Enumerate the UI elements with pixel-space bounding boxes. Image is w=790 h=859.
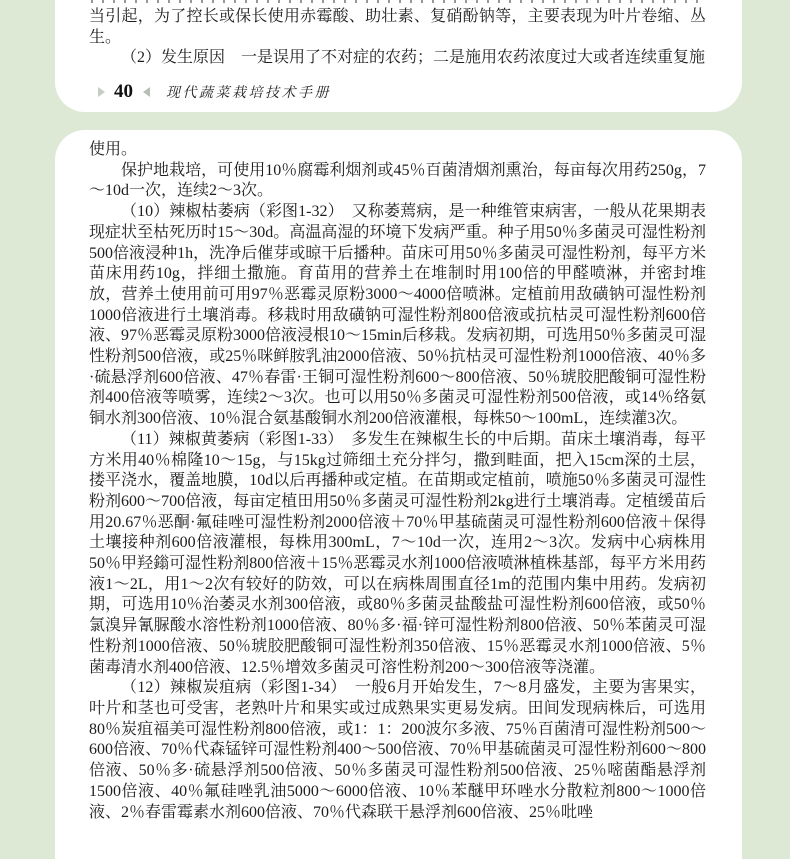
main-text-block: 使用。 保护地栽培，可使用10％腐霉利烟剂或45％百菌清烟剂熏治，每亩每次用药2… — [55, 130, 742, 823]
clipped-text-line — [91, 0, 704, 3]
paragraph: 当引起，为了控长或保长使用赤霉酸、助壮素、复硝酚钠等，主要表现为叶片卷缩、丛生。 — [89, 7, 706, 48]
book-page: { "header": { "page_number": "40", "book… — [0, 0, 790, 859]
page-number: 40 — [114, 81, 133, 103]
paragraph: （11）辣椒黄萎病（彩图1-33） 多发生在辣椒生长的中后期。苗床土壤消毒，每平… — [89, 430, 706, 678]
page-top-card: 当引起，为了控长或保长使用赤霉酸、助壮素、复硝酚钠等，主要表现为叶片卷缩、丛生。… — [55, 0, 742, 112]
triangle-left-icon — [143, 87, 150, 97]
paragraph: 保护地栽培，可使用10％腐霉利烟剂或45％百菌清烟剂熏治，每亩每次用药250g，… — [89, 161, 706, 202]
paragraph: 使用。 — [89, 140, 706, 161]
paragraph: （2）发生原因 一是误用了不对症的农药；二是施用农药浓度过大或者连续重复施 — [89, 48, 706, 69]
paragraph: （10）辣椒枯萎病（彩图1-32） 又称萎蔫病，是一种维管束病害，一般从花果期表… — [89, 202, 706, 430]
paragraph: （12）辣椒炭疽病（彩图1-34） 一般6月开始发生，7～8月盛发，主要为害果实… — [89, 678, 706, 823]
top-text-block: 当引起，为了控长或保长使用赤霉酸、助壮素、复硝酚钠等，主要表现为叶片卷缩、丛生。… — [55, 7, 742, 69]
triangle-right-icon — [98, 87, 105, 97]
page-main-card: 使用。 保护地栽培，可使用10％腐霉利烟剂或45％百菌清烟剂熏治，每亩每次用药2… — [55, 130, 742, 859]
page-header: 40 现代蔬菜栽培技术手册 — [98, 81, 331, 103]
book-title: 现代蔬菜栽培技术手册 — [166, 82, 331, 102]
